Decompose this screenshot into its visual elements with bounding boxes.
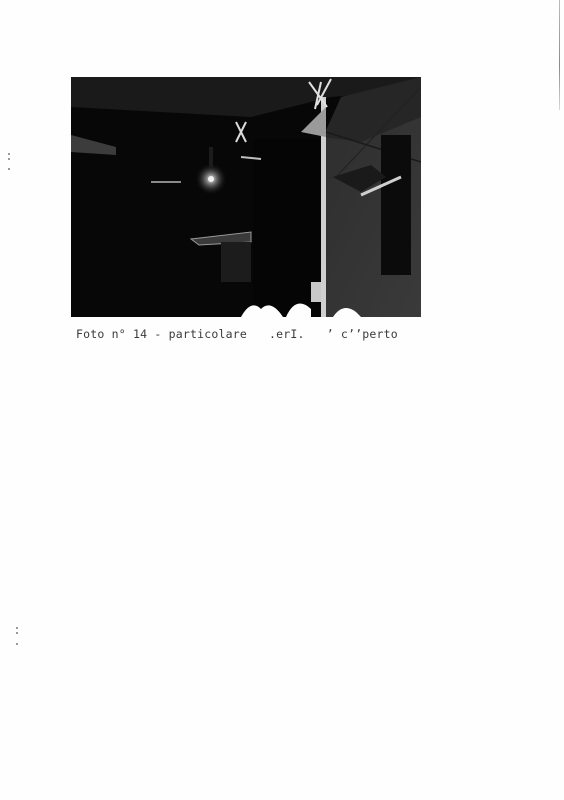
scan-speck	[16, 632, 18, 634]
scan-speck	[8, 158, 10, 160]
photo-covered-terrace	[71, 77, 421, 317]
document-page: Foto n° 14 - particolare.erI.ʼ cʼʼperto	[0, 0, 564, 800]
photo-caption: Foto n° 14 - particolare.erI.ʼ cʼʼperto	[76, 327, 398, 341]
scan-speck	[16, 643, 18, 645]
scan-edge-line	[559, 0, 560, 110]
scan-speck	[8, 168, 10, 170]
photo-image	[71, 77, 421, 317]
scan-speck	[16, 627, 18, 629]
caption-text: Foto n° 14 - particolare	[76, 327, 247, 341]
caption-text-faded: ʼ cʼʼperto	[327, 327, 398, 341]
scan-speck	[8, 153, 10, 155]
caption-text-faded: .erI.	[269, 327, 305, 341]
